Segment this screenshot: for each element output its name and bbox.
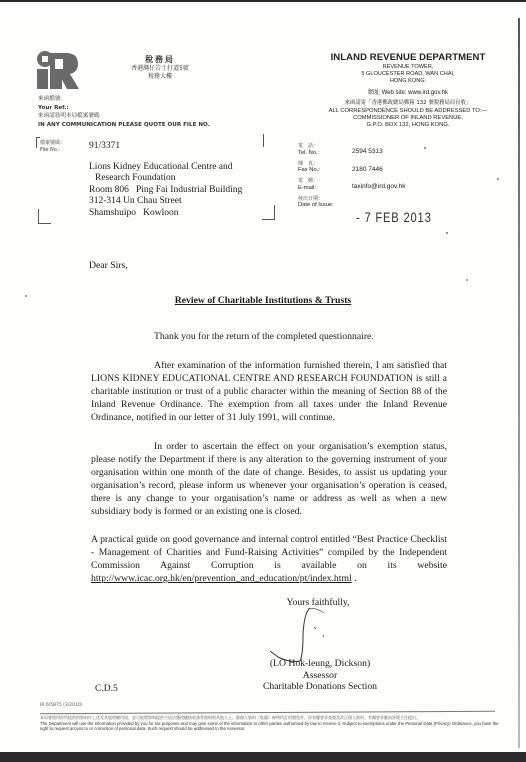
paragraph-2: After examination of the information fur… <box>91 359 447 424</box>
address-bracket-bl <box>38 209 51 224</box>
scan-speck <box>25 295 27 297</box>
scan-speck <box>424 147 426 149</box>
department-name: INLAND REVENUE DEPARTMENT <box>290 52 526 64</box>
footer-divider <box>40 711 495 714</box>
letterhead-chinese: 稅務局 香港灣仔告士打道5號 稅務大樓 <box>120 54 200 81</box>
signatory-name: (LO Hok-leung, Dickson) <box>255 658 385 670</box>
signatory-section: Charitable Donations Section <box>245 681 395 693</box>
form-code: IR 6/5875 (3/2010) <box>40 703 83 708</box>
correspondence-line: COMMISSIONER OF INLAND REVENUE, <box>290 115 526 122</box>
website: 網址 Web site: www.ird.gov.hk <box>290 89 526 97</box>
your-ref-cn: 來函檔號： <box>38 95 278 104</box>
recipient-address: Lions Kidney Educational Centre and Rese… <box>89 162 242 219</box>
fax-value: 2180 7446 <box>352 166 383 173</box>
signature-icon <box>270 605 350 665</box>
address-bracket-tr <box>263 134 264 147</box>
address-line: HONG KONG. <box>290 78 526 85</box>
scan-speck <box>466 279 468 281</box>
paragraph-1: Thank you for the return of the complete… <box>91 330 447 343</box>
icac-guide-link[interactable]: http://www.icac.org.hk/en/prevention_and… <box>91 573 352 584</box>
address-line: Shamshuipo Kowloon <box>89 208 242 219</box>
salutation: Dear Sirs, <box>89 260 128 271</box>
address-cn-line2: 稅務大樓 <box>120 73 200 81</box>
contact-block: 電 話：Tel. No.: 2594 5313 傳 真：Fax No.: 218… <box>298 143 498 213</box>
fax-row: 傳 真：Fax No.: 2180 7446 <box>298 161 498 179</box>
file-no: 91/3371 <box>89 141 120 151</box>
paragraph-4: A practical guide on good governance and… <box>91 533 447 585</box>
address-line: 312-314 Un Chau Street <box>89 196 242 207</box>
paragraph-3: In order to ascertain the effect on your… <box>91 440 447 518</box>
ird-logo-icon <box>36 50 80 90</box>
reference-block: 來函檔號： Your Ref.: 來函請敍明本局檔案號碼 IN ANY COMM… <box>38 95 278 129</box>
email-cn: 電 郵： <box>298 178 318 185</box>
privacy-notice-en: The Department will use the information … <box>40 721 500 732</box>
email-row: 電 郵：E-mail: taxinfo@ird.gov.hk <box>298 178 498 196</box>
address-line: Research Foundation <box>89 173 242 184</box>
privacy-notice: 本局會使用你所提供的資料作上述及其他相關用途，並可能將資料提供予依法獲授權接收該… <box>40 715 500 732</box>
tel-value: 2594 5313 <box>352 148 383 155</box>
quote-notice-cn: 來函請敍明本局檔案號碼 <box>38 112 278 121</box>
tel-label: Tel. No.: <box>298 150 319 157</box>
address-cn-line1: 香港灣仔告士打道5號 <box>120 65 200 73</box>
address-line: REVENUE TOWER, <box>290 64 526 71</box>
address-bracket-br <box>262 205 275 220</box>
signatory-title: Assessor <box>255 670 385 682</box>
quote-notice-en: IN ANY COMMUNICATION PLEASE QUOTE OUR FI… <box>38 121 278 130</box>
fax-label: Fax No.: <box>298 167 320 174</box>
email-label: E-mail: <box>298 185 318 192</box>
letter-page: 稅務局 香港灣仔告士打道5號 稅務大樓 來函檔號： Your Ref.: 來函請… <box>0 2 526 752</box>
subject-heading: Review of Charitable Institutions & Trus… <box>0 295 526 306</box>
address-line: Room 806 Ping Fai Industrial Building <box>89 185 242 196</box>
letterhead-english: INLAND REVENUE DEPARTMENT REVENUE TOWER,… <box>290 52 526 129</box>
correspondence-line: ALL CORRESPONDENCE SHOULD BE ADDRESSED T… <box>290 108 526 115</box>
tel-cn: 電 話： <box>298 143 319 150</box>
your-ref-label: Your Ref.: <box>38 104 278 113</box>
link-suffix: . <box>352 573 357 584</box>
signatory-block: (LO Hok-leung, Dickson) Assessor Charita… <box>255 658 385 693</box>
file-no-cn: 檔案號碼： <box>40 140 65 147</box>
scan-speck <box>446 232 448 234</box>
file-no-label: File No.: <box>40 147 65 154</box>
form-ref: C.D.5 <box>95 684 118 694</box>
email-value: taxinfo@ird.gov.hk <box>352 183 405 190</box>
file-no-label-block: 檔案號碼： File No.: <box>40 140 65 153</box>
tel-row: 電 話：Tel. No.: 2594 5313 <box>298 143 498 161</box>
date-stamp: - 7 FEB 2013 <box>356 209 432 225</box>
correspondence-cn: 來函請寄「香港郵政總局郵箱 132 號稅務局局長收」 <box>290 99 526 108</box>
department-name-cn: 稅務局 <box>120 54 200 65</box>
scan-speck <box>497 178 499 180</box>
address-line: Lions Kidney Educational Centre and <box>89 162 242 173</box>
date-label: Date of Issue: <box>298 202 334 209</box>
address-line: 5 GLOUCESTER ROAD, WAN CHAI, <box>290 71 526 78</box>
correspondence-line: G.P.O. BOX 132, HONG KONG. <box>290 122 526 129</box>
